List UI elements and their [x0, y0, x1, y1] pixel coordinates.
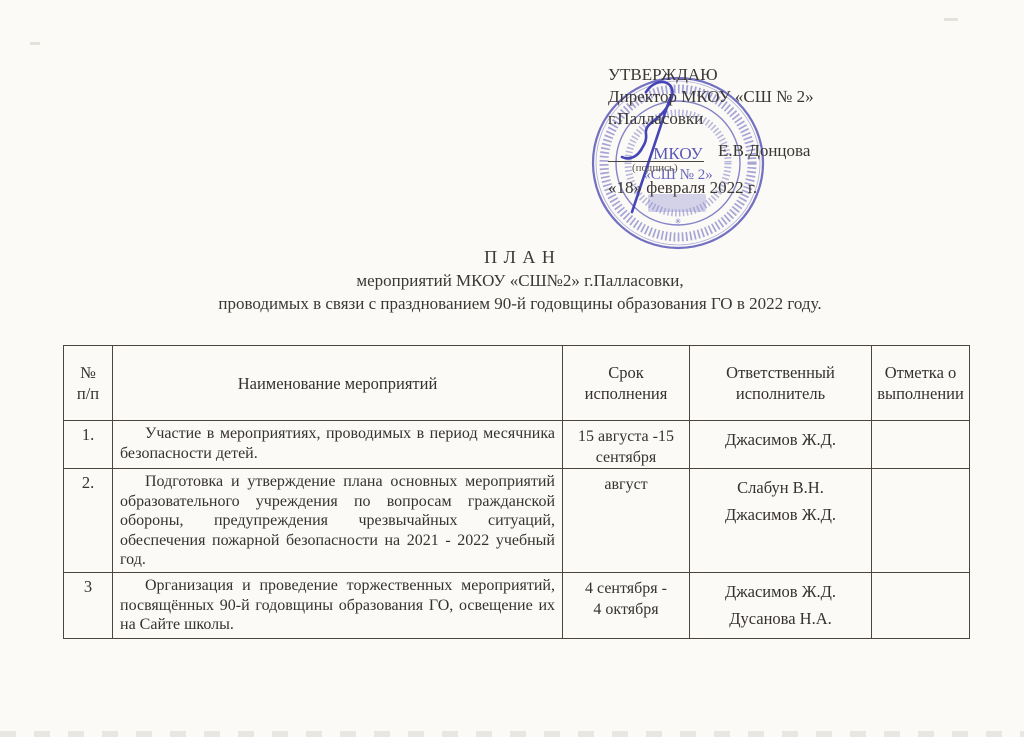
header-name: Наименование мероприятий [113, 346, 563, 421]
cell-num: 2. [64, 469, 113, 573]
approval-word: УТВЕРЖДАЮ [608, 64, 948, 86]
table-row: 3 Организация и проведение торжественных… [64, 572, 970, 638]
header-term: Срок исполнения [563, 346, 690, 421]
cell-mark [872, 421, 970, 469]
approval-director-line: Директор МКОУ «СШ № 2» [608, 86, 948, 108]
approval-date: «18» февраля 2022 г. [608, 177, 948, 199]
document-title: П Л А Н мероприятий МКОУ «СШ№2» г.Паллас… [60, 246, 980, 315]
scan-speck [30, 42, 40, 45]
table-row: 2. Подготовка и утверждение плана основн… [64, 469, 970, 573]
cell-name: Участие в мероприятиях, проводимых в пер… [113, 421, 563, 469]
cell-name: Подготовка и утверждение плана основных … [113, 469, 563, 573]
cell-term: 4 сентября - 4 октября [563, 572, 690, 638]
scanned-document-page: УТВЕРЖДАЮ Директор МКОУ «СШ № 2» г.Палла… [0, 0, 1024, 737]
title-line2: мероприятий МКОУ «СШ№2» г.Палласовки, [60, 269, 980, 292]
signature-name: Е.В.Донцова [718, 140, 810, 162]
table-row: 1. Участие в мероприятиях, проводимых в … [64, 421, 970, 469]
signature-underline [608, 144, 704, 162]
scan-artifact-bottom [0, 731, 1024, 737]
title-line1: П Л А Н [60, 246, 980, 269]
approval-block: УТВЕРЖДАЮ Директор МКОУ «СШ № 2» г.Палла… [608, 64, 948, 199]
header-num: № п/п [64, 346, 113, 421]
header-responsible: Ответственный исполнитель [690, 346, 872, 421]
cell-mark [872, 572, 970, 638]
signature-row: Е.В.Донцова [608, 140, 948, 162]
cell-responsible: Джасимов Ж.Д. [690, 421, 872, 469]
plan-table: № п/п Наименование мероприятий Срок испо… [63, 345, 970, 639]
approval-city-line: г.Палласовки [608, 108, 948, 130]
table-header-row: № п/п Наименование мероприятий Срок испо… [64, 346, 970, 421]
cell-responsible: Джасимов Ж.Д. Дусанова Н.А. [690, 572, 872, 638]
cell-mark [872, 469, 970, 573]
cell-num: 1. [64, 421, 113, 469]
signature-caption: (подпись) [632, 162, 948, 174]
cell-num: 3 [64, 572, 113, 638]
stamp-star-mark: ✳ [675, 217, 682, 226]
scan-speck [944, 18, 958, 21]
title-line3: проводимых в связи с празднованием 90-й … [60, 292, 980, 315]
header-mark: Отметка о выполнении [872, 346, 970, 421]
cell-responsible: Слабун В.Н. Джасимов Ж.Д. [690, 469, 872, 573]
cell-name: Организация и проведение торжественных м… [113, 572, 563, 638]
cell-term: август [563, 469, 690, 573]
cell-term: 15 августа -15 сентября [563, 421, 690, 469]
